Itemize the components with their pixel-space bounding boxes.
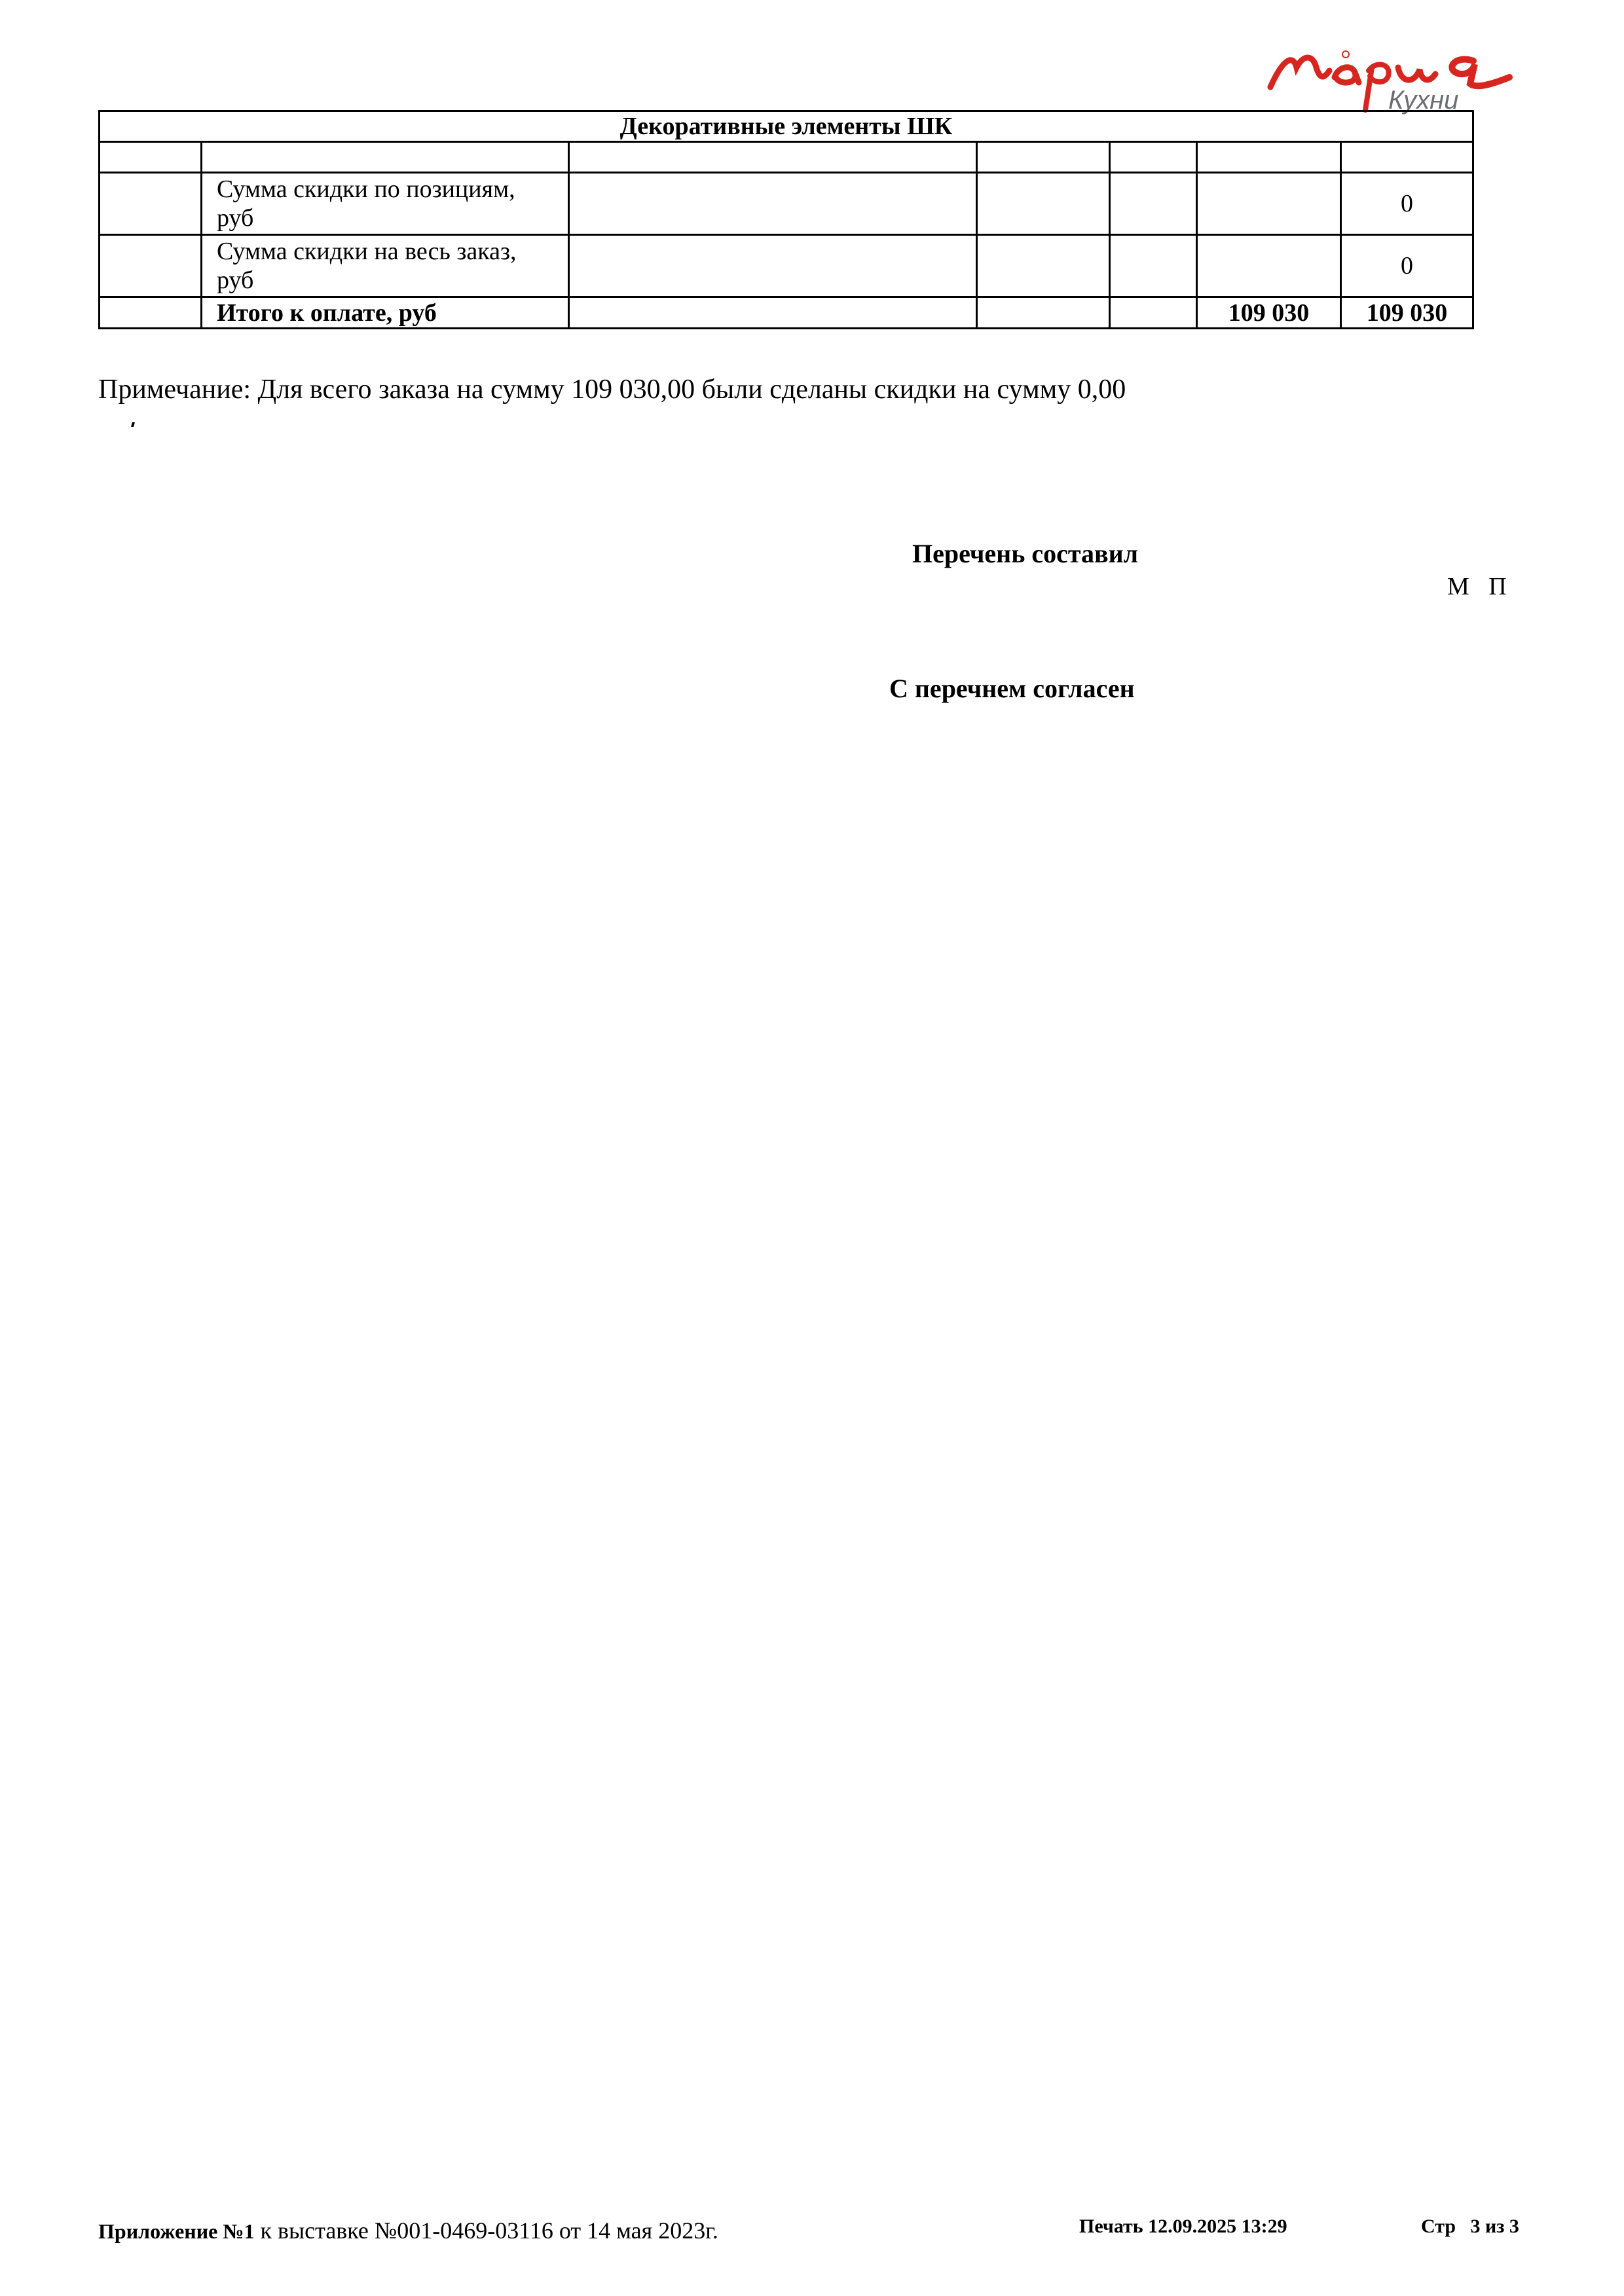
stamp-place-label: М П bbox=[1447, 572, 1513, 601]
row-label: Сумма скидки по позициям, руб bbox=[202, 173, 569, 235]
print-timestamp: Печать 12.09.2025 13:29 bbox=[1079, 2215, 1287, 2238]
discount-note: Примечание: Для всего заказа на сумму 10… bbox=[98, 373, 1126, 406]
stray-mark bbox=[131, 422, 135, 427]
brand-logo: Кухни bbox=[1257, 38, 1532, 117]
row-label: Сумма скидки на весь заказ, руб bbox=[202, 235, 569, 297]
row-label bbox=[202, 142, 569, 173]
table-row: Сумма скидки на весь заказ, руб 0 bbox=[100, 235, 1473, 297]
table-row bbox=[100, 142, 1473, 173]
total-amount: 109 030 bbox=[1197, 297, 1341, 329]
section-title: Декоративные элементы ШК bbox=[100, 111, 1473, 142]
page-number: Стр 3 из 3 bbox=[1421, 2215, 1519, 2238]
agreed-label: С перечнем согласен bbox=[889, 673, 1135, 704]
total-amount-final: 109 030 bbox=[1341, 297, 1473, 329]
total-row: Итого к оплате, руб 109 030 109 030 bbox=[100, 297, 1473, 329]
compiled-by-label: Перечень составил bbox=[912, 538, 1138, 569]
position-discount-value: 0 bbox=[1341, 173, 1473, 235]
table-row: Сумма скидки по позициям, руб 0 bbox=[100, 173, 1473, 235]
total-label: Итого к оплате, руб bbox=[202, 297, 569, 329]
appendix-reference: к выставке №001-0469-03116 от 14 мая 202… bbox=[255, 2217, 718, 2244]
footer-appendix: Приложение №1 к выставке №001-0469-03116… bbox=[98, 2217, 718, 2244]
order-summary-table: Декоративные элементы ШК Сумма скидки по… bbox=[98, 110, 1474, 329]
order-discount-value: 0 bbox=[1341, 235, 1473, 297]
appendix-number: Приложение №1 bbox=[98, 2219, 255, 2243]
section-title-row: Декоративные элементы ШК bbox=[100, 111, 1473, 142]
maria-logo-icon: Кухни bbox=[1257, 38, 1532, 117]
